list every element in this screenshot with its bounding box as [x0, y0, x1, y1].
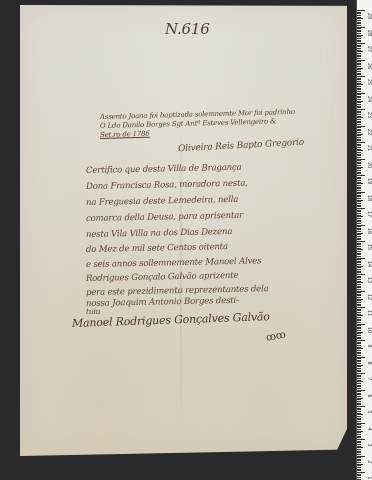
ruler-label: 16: [366, 226, 372, 236]
ruler-label: 6: [366, 391, 372, 401]
ruler-label: 19: [366, 176, 372, 186]
ruler-tick: [357, 479, 361, 480]
ruler-label: 23: [366, 110, 372, 120]
ruler-label: 29: [366, 11, 372, 21]
document-scan: N.616 Assento Joana foi baptizada solemn…: [0, 0, 372, 480]
ruler-shadow: [347, 0, 356, 480]
ruler-label: 15: [366, 242, 372, 252]
document-number: N.616: [165, 20, 210, 38]
ruler-label: 3: [366, 440, 372, 450]
ruler-label: 21: [366, 143, 372, 153]
ruler-label: 2: [366, 457, 372, 467]
ruler-label: 9: [366, 341, 372, 351]
ruler-label: 8: [366, 358, 372, 368]
ruler-label: 22: [366, 127, 372, 137]
ruler-label: 1: [366, 473, 372, 480]
ruler-label: 5: [366, 407, 372, 417]
ruler-label: 25: [366, 77, 372, 87]
ruler-label: 11: [366, 308, 372, 318]
ruler-label: 18: [366, 193, 372, 203]
ruler-label: 28: [366, 28, 372, 38]
marginal-note-line: Set.ro de 1786: [100, 130, 150, 139]
ruler-label: 20: [366, 160, 372, 170]
ruler-label: 12: [366, 292, 372, 302]
ruler-label: 14: [366, 259, 372, 269]
ruler-label: 10: [366, 325, 372, 335]
ruler-label: 27: [366, 44, 372, 54]
closing-word: tuiu: [86, 307, 100, 316]
ruler-label: 4: [366, 424, 372, 434]
measurement-ruler: 2928272625242322212019181716151413121110…: [356, 0, 372, 480]
ruler-label: 26: [366, 61, 372, 71]
ruler-label: 13: [366, 275, 372, 285]
ruler-label: 17: [366, 209, 372, 219]
ruler-label: 7: [366, 374, 372, 384]
ruler-label: 24: [366, 94, 372, 104]
